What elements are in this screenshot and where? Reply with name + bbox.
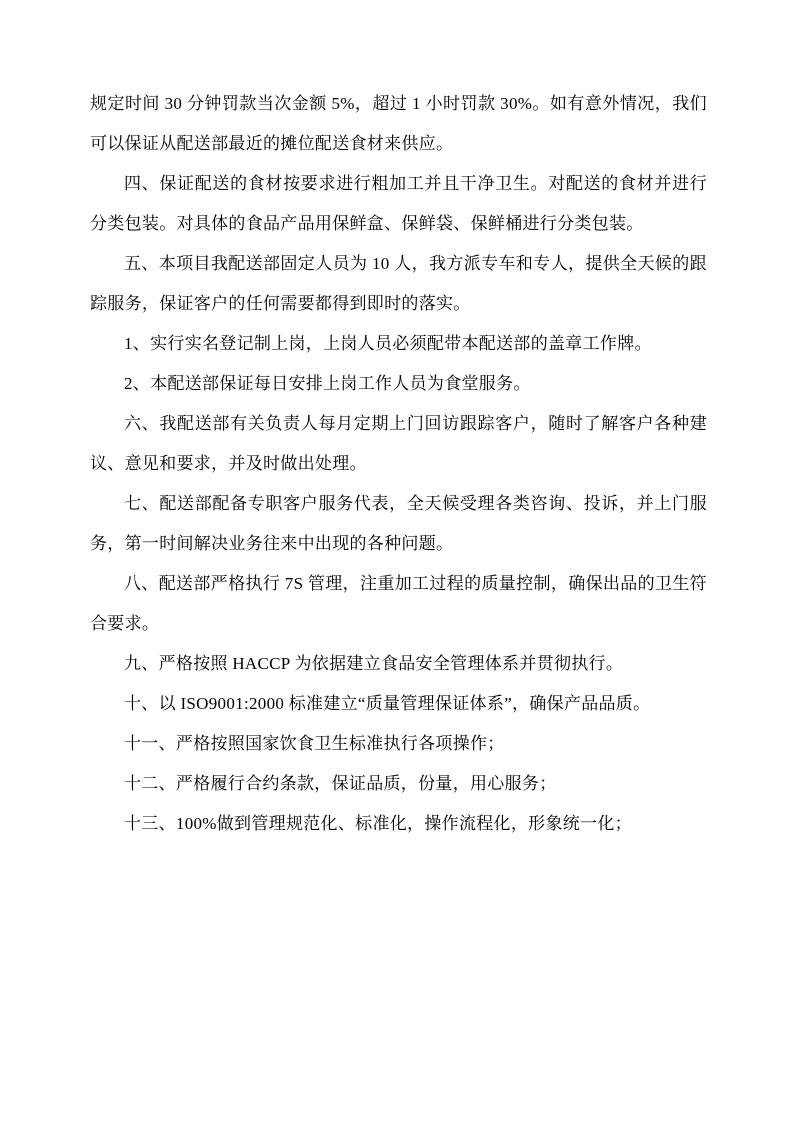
para-item-2: 2、本配送部保证每日安排上岗工作人员为食堂服务。 (90, 364, 707, 404)
para-clause-13: 十三、100%做到管理规范化、标准化，操作流程化，形象统一化； (90, 804, 707, 844)
para-clause-4: 四、保证配送的食材按要求进行粗加工并且干净卫生。对配送的食材并进行分类包装。对具… (90, 164, 707, 244)
para-clause-5: 五、本项目我配送部固定人员为 10 人，我方派专车和专人，提供全天候的跟踪服务，… (90, 244, 707, 324)
para-clause-6: 六、我配送部有关负责人每月定期上门回访跟踪客户，随时了解客户各种建议、意见和要求… (90, 404, 707, 484)
para-item-1: 1、实行实名登记制上岗，上岗人员必须配带本配送部的盖章工作牌。 (90, 324, 707, 364)
para-clause-9: 九、严格按照 HACCP 为依据建立食品安全管理体系并贯彻执行。 (90, 644, 707, 684)
para-clause-12: 十二、严格履行合约条款，保证品质，份量，用心服务； (90, 764, 707, 804)
para-clause-8: 八、配送部严格执行 7S 管理，注重加工过程的质量控制，确保出品的卫生符合要求。 (90, 564, 707, 644)
para-clause-11: 十一、严格按照国家饮食卫生标准执行各项操作； (90, 724, 707, 764)
para-clause-7: 七、配送部配备专职客户服务代表，全天候受理各类咨询、投诉，并上门服务，第一时间解… (90, 484, 707, 564)
para-clause-10: 十、以 ISO9001:2000 标准建立“质量管理保证体系”，确保产品品质。 (90, 684, 707, 724)
document-page: 规定时间 30 分钟罚款当次金额 5%，超过 1 小时罚款 30%。如有意外情况… (0, 0, 793, 1122)
para-continuation: 规定时间 30 分钟罚款当次金额 5%，超过 1 小时罚款 30%。如有意外情况… (90, 84, 707, 164)
